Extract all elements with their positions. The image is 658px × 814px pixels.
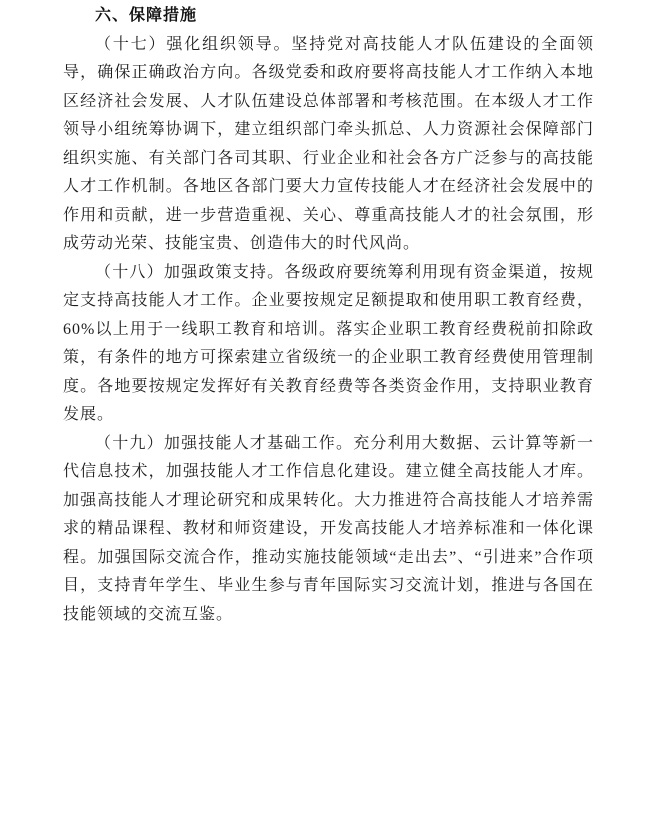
paragraph-19: （十九）加强技能人才基础工作。充分利用大数据、云计算等新一代信息技术，加强技能人… bbox=[63, 430, 594, 630]
section-heading: 六、保障措施 bbox=[63, 2, 594, 31]
document-body: 六、保障措施 （十七）强化组织领导。坚持党对高技能人才队伍建设的全面领导，确保正… bbox=[63, 2, 594, 629]
document-page: 六、保障措施 （十七）强化组织领导。坚持党对高技能人才队伍建设的全面领导，确保正… bbox=[0, 0, 658, 814]
paragraph-18: （十八）加强政策支持。各级政府要统筹利用现有资金渠道，按规定支持高技能人才工作。… bbox=[63, 259, 594, 430]
paragraph-17: （十七）强化组织领导。坚持党对高技能人才队伍建设的全面领导，确保正确政治方向。各… bbox=[63, 31, 594, 259]
